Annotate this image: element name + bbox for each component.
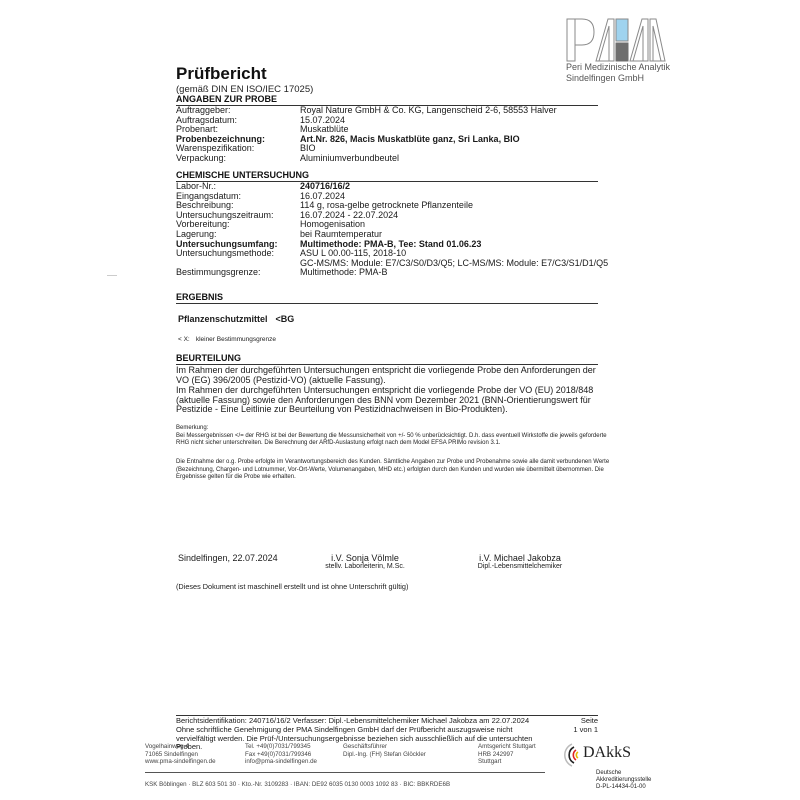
company-register: Amtsgericht Stuttgart HRB 242997 Stuttga… [478,743,536,766]
detail-row: Untersuchungszeitraum:16.07.2024 - 22.07… [176,211,616,221]
detail-row: Bestimmungsgrenze:Multimethode: PMA-B [176,268,616,278]
detail-label: Bestimmungsgrenze: [176,268,300,278]
page-number: Seite 1 von 1 [573,717,598,735]
remark-block: Bemerkung: Bei Messergebnissen </= der R… [176,425,616,448]
machine-generated-note: (Dieses Dokument ist maschinell erstellt… [176,582,408,591]
detail-value: Multimethode: PMA-B [300,268,616,278]
sample-details: Auftraggeber:Royal Nature GmbH & Co. KG,… [176,106,616,164]
place-date: Sindelfingen, 22.07.2024 [178,553,278,563]
signer-2-name: i.V. Michael Jakobza [455,553,585,563]
company-address: Vogelhainweg 4 71065 Sindelfingen www.pm… [145,743,216,766]
section-heading-result: ERGEBNIS [176,292,598,304]
result-value: <BG [276,314,295,324]
dakks-logo: DAkkS [583,744,631,762]
signature-2: i.V. Michael Jakobza Dipl.-Lebensmittelc… [455,553,585,570]
detail-value: Art.Nr. 826, Macis Muskatblüte ganz, Sri… [300,135,616,145]
detail-row: Auftraggeber:Royal Nature GmbH & Co. KG,… [176,106,616,116]
company-name: Peri Medizinische Analytik Sindelfingen … [566,62,670,84]
company-contact: Tel. +49(0)7031/799345 Fax +49(0)7031/79… [245,743,317,766]
detail-row: Vorbereitung:Homogenisation [176,220,616,230]
detail-value: Aluminiumverbundbeutel [300,154,616,164]
signer-2-title: Dipl.-Lebensmittelchemiker [455,563,585,570]
company-management: Geschäftsführer Dipl.-Ing. (FH) Stefan G… [343,743,426,758]
detail-value: 240716/16/2 [300,182,616,192]
assessment-paragraph-2: Im Rahmen der durchgeführten Untersuchun… [176,386,606,415]
dakks-accreditation: Deutsche Akkreditierungsstelle D-PL-1443… [596,770,651,790]
report-title: Prüfbericht [176,64,267,84]
signer-1-title: stellv. Laborleiterin, M.Sc. [300,563,430,570]
fold-mark [107,275,117,276]
signer-1-name: i.V. Sonja Völmle [300,553,430,563]
detail-row: Labor-Nr.:240716/16/2 [176,182,616,192]
legend-symbol: < X: [178,336,194,343]
detail-row: Verpackung:Aluminiumverbundbeutel [176,154,616,164]
detail-label: Verpackung: [176,154,300,164]
result-row: Pflanzenschutzmittel <BG [178,314,294,324]
section-heading-assessment: BEURTEILUNG [176,353,598,365]
disclaimer-text: Die Entnahme der o.g. Probe erfolgte im … [176,459,616,482]
detail-label: Untersuchungsmethode: [176,249,300,259]
assessment-paragraph-1: Im Rahmen der durchgeführten Untersuchun… [176,366,606,385]
footer-divider-2 [145,772,545,773]
result-parameter: Pflanzenschutzmittel [178,314,273,324]
section-heading-chemical: CHEMISCHE UNTERSUCHUNG [176,170,598,182]
signature-1: i.V. Sonja Völmle stellv. Laborleiterin,… [300,553,430,570]
remark-label: Bemerkung: [176,425,616,433]
pma-logo [566,18,666,62]
chemical-details: Labor-Nr.:240716/16/2Eingangsdatum:16.07… [176,182,616,278]
detail-value: Royal Nature GmbH & Co. KG, Langenscheid… [300,106,616,116]
result-legend: < X: kleiner Bestimmungsgrenze [178,336,276,343]
legend-text: kleiner Bestimmungsgrenze [196,336,276,343]
detail-row: Auftragsdatum:15.07.2024 [176,116,616,126]
dakks-arcs-icon [558,742,584,768]
remark-text: Bei Messergebnissen </= der RHG ist bei … [176,433,616,448]
bank-details: KSK Böblingen · BLZ 603 501 30 · Kto.-Nr… [145,781,450,788]
